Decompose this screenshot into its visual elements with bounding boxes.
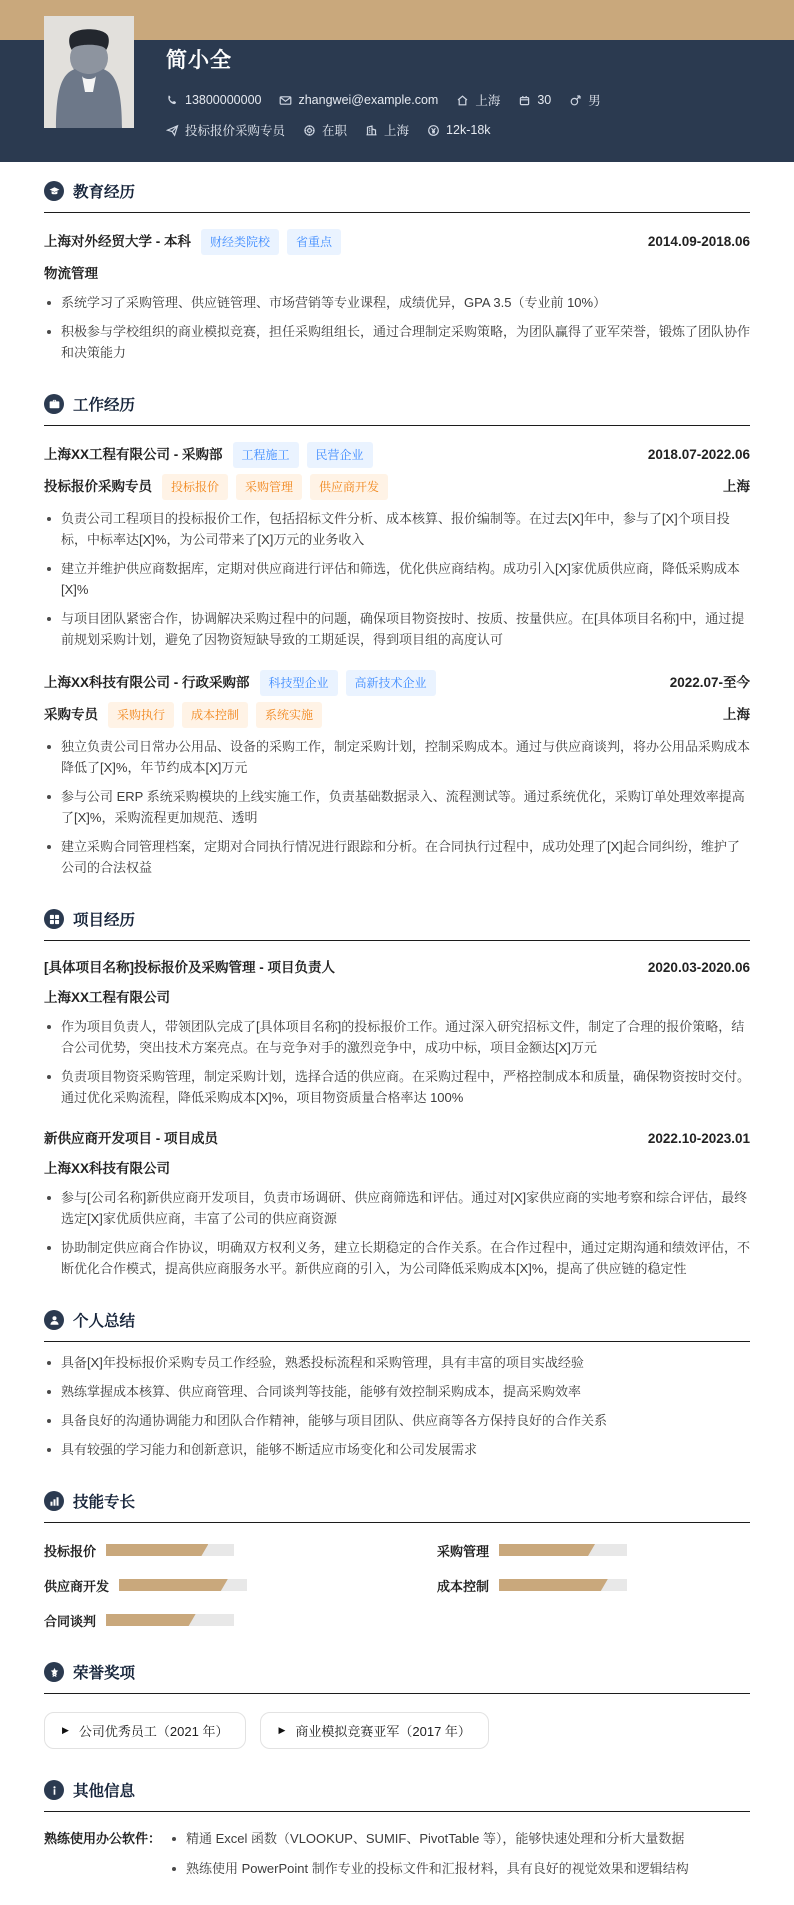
role-name: 投标报价采购专员 — [44, 476, 152, 498]
medal-icon — [44, 1662, 64, 1682]
skill-item: 合同谈判 — [44, 1609, 357, 1631]
skill-bar — [119, 1579, 247, 1591]
salary-icon — [427, 124, 440, 137]
section-projects: 项目经历 [具体项目名称]投标报价及采购管理 - 项目负责人 2020.03-2… — [44, 908, 750, 1279]
company-name: 上海XX科技有限公司 - 行政采购部 — [44, 672, 250, 694]
bullet-item: 系统学习了采购管理、供应链管理、市场营销等专业课程，成绩优异，GPA 3.5（专… — [44, 292, 750, 313]
other-section-head: 其他信息 — [44, 1779, 750, 1812]
other-info-row: 熟练使用办公软件： 精通 Excel 函数（VLOOKUP、SUMIF、Pivo… — [44, 1828, 750, 1879]
play-triangle-icon: ▶ — [62, 1726, 69, 1735]
summary-section-head: 个人总结 — [44, 1309, 750, 1342]
education-entry: 上海对外经贸大学 - 本科 财经类院校 省重点 2014.09-2018.06 … — [44, 229, 750, 363]
section-honors: 荣誉奖项 ▶ 公司优秀员工（2021 年） ▶ 商业模拟竞赛亚军（2017 年） — [44, 1661, 750, 1749]
section-title: 荣誉奖项 — [73, 1661, 135, 1683]
role-tag: 系统实施 — [256, 702, 322, 728]
bullet-item: 精通 Excel 函数（VLOOKUP、SUMIF、PivotTable 等），… — [169, 1828, 750, 1849]
education-entry-row: 上海对外经贸大学 - 本科 财经类院校 省重点 2014.09-2018.06 — [44, 229, 750, 255]
contact-salary-value: 12k-18k — [446, 123, 490, 137]
skill-item: 成本控制 — [437, 1574, 750, 1596]
role-row: 投标报价采购专员 投标报价 采购管理 供应商开发 上海 — [44, 474, 750, 500]
avatar — [44, 16, 134, 128]
skill-fill — [119, 1579, 228, 1591]
skill-label: 成本控制 — [437, 1576, 489, 1595]
info-icon — [44, 1780, 64, 1800]
education-bullets: 系统学习了采购管理、供应链管理、市场营销等专业课程，成绩优异，GPA 3.5（专… — [44, 292, 750, 363]
section-title: 个人总结 — [73, 1309, 135, 1331]
play-triangle-icon: ▶ — [278, 1726, 285, 1735]
contact-row-1: 13800000000 zhangwei@example.com 上海 30 男 — [166, 91, 764, 109]
project-date: 2022.10-2023.01 — [648, 1128, 750, 1150]
home-icon — [456, 94, 469, 107]
work-location: 上海 — [723, 704, 750, 726]
gender-icon — [569, 94, 582, 107]
bullet-item: 独立负责公司日常办公用品、设备的采购工作，制定采购计划，控制采购成本。通过与供应… — [44, 736, 750, 778]
other-bullets: 精通 Excel 函数（VLOOKUP、SUMIF、PivotTable 等），… — [169, 1828, 750, 1879]
contact-status-value: 在职 — [322, 121, 347, 139]
section-title: 教育经历 — [73, 180, 135, 202]
section-education: 教育经历 上海对外经贸大学 - 本科 财经类院校 省重点 2014.09-201… — [44, 180, 750, 363]
summary-bullets: 具备[X]年投标报价采购专员工作经验，熟悉投标流程和采购管理，具有丰富的项目实战… — [44, 1352, 750, 1460]
bullet-item: 作为项目负责人，带领团队完成了[具体项目名称]的投标报价工作。通过深入研究招标文… — [44, 1016, 750, 1058]
skill-fill — [499, 1544, 595, 1556]
bullet-item: 参与公司 ERP 系统采购模块的上线实施工作，负责基础数据录入、流程测试等。通过… — [44, 786, 750, 828]
company-tag: 高新技术企业 — [346, 670, 436, 696]
project-row: 新供应商开发项目 - 项目成员 2022.10-2023.01 — [44, 1128, 750, 1150]
bullet-item: 具备良好的沟通协调能力和团队合作精神，能够与项目团队、供应商等各方保持良好的合作… — [44, 1410, 750, 1431]
skill-item: 供应商开发 — [44, 1574, 357, 1596]
skill-bar — [106, 1544, 234, 1556]
bullet-item: 负责项目物资采购管理，制定采购计划，选择合适的供应商。在采购过程中，严格控制成本… — [44, 1066, 750, 1108]
bar-chart-icon — [44, 1491, 64, 1511]
section-other: 其他信息 熟练使用办公软件： 精通 Excel 函数（VLOOKUP、SUMIF… — [44, 1779, 750, 1879]
honor-chips: ▶ 公司优秀员工（2021 年） ▶ 商业模拟竞赛亚军（2017 年） — [44, 1712, 750, 1749]
contact-phone-value: 13800000000 — [185, 93, 261, 107]
contact-gender: 男 — [569, 91, 601, 109]
mail-icon — [279, 94, 292, 107]
education-icon — [44, 181, 64, 201]
skill-item: 投标报价 — [44, 1539, 357, 1561]
contact-status: 在职 — [303, 121, 347, 139]
education-date: 2014.09-2018.06 — [648, 231, 750, 253]
bullet-item: 积极参与学校组织的商业模拟竞赛，担任采购组组长，通过合理制定采购策略，为团队赢得… — [44, 321, 750, 363]
skill-label: 合同谈判 — [44, 1611, 96, 1630]
section-title: 工作经历 — [73, 393, 135, 415]
skill-bar — [499, 1579, 627, 1591]
project-bullets: 参与[公司名称]新供应商开发项目，负责市场调研、供应商筛选和评估。通过对[X]家… — [44, 1187, 750, 1279]
skill-fill — [106, 1614, 196, 1626]
work-section-head: 工作经历 — [44, 393, 750, 426]
role-tag: 采购管理 — [236, 474, 302, 500]
status-icon — [303, 124, 316, 137]
role-name: 采购专员 — [44, 704, 98, 726]
age-icon — [518, 94, 531, 107]
target-job-icon — [166, 124, 179, 137]
projects-grid-icon — [44, 909, 64, 929]
project-company: 上海XX科技有限公司 — [44, 1159, 750, 1179]
candidate-name: 简小全 — [166, 46, 764, 76]
company-tag: 科技型企业 — [260, 670, 338, 696]
contact-target-job-value: 投标报价采购专员 — [185, 121, 285, 139]
contact-email: zhangwei@example.com — [279, 93, 438, 107]
contact-age-value: 30 — [537, 93, 551, 107]
role-tag: 供应商开发 — [310, 474, 388, 500]
contact-age: 30 — [518, 93, 551, 107]
project-name: [具体项目名称]投标报价及采购管理 - 项目负责人 — [44, 957, 335, 979]
major-name: 物流管理 — [44, 264, 750, 284]
section-title: 其他信息 — [73, 1779, 135, 1801]
briefcase-icon — [44, 394, 64, 414]
resume-body: 教育经历 上海对外经贸大学 - 本科 财经类院校 省重点 2014.09-201… — [0, 180, 794, 1905]
bullet-item: 建立采购合同管理档案，定期对合同执行情况进行跟踪和分析。在合同执行过程中，成功处… — [44, 836, 750, 878]
skill-label: 采购管理 — [437, 1541, 489, 1560]
project-entry: [具体项目名称]投标报价及采购管理 - 项目负责人 2020.03-2020.0… — [44, 957, 750, 1108]
section-summary: 个人总结 具备[X]年投标报价采购专员工作经验，熟悉投标流程和采购管理，具有丰富… — [44, 1309, 750, 1460]
contact-city: 上海 — [365, 121, 409, 139]
contact-email-value: zhangwei@example.com — [298, 93, 438, 107]
other-label: 熟练使用办公软件： — [44, 1828, 161, 1849]
skills-section-head: 技能专长 — [44, 1490, 750, 1523]
phone-icon — [166, 94, 179, 107]
role-tag: 成本控制 — [182, 702, 248, 728]
honor-chip: ▶ 商业模拟竞赛亚军（2017 年） — [260, 1712, 488, 1749]
bullet-item: 协助制定供应商合作协议，明确双方权利义务，建立长期稳定的合作关系。在合作过程中，… — [44, 1237, 750, 1279]
honor-chip: ▶ 公司优秀员工（2021 年） — [44, 1712, 246, 1749]
company-name: 上海XX工程有限公司 - 采购部 — [44, 444, 223, 466]
skill-fill — [106, 1544, 208, 1556]
bullet-item: 具备[X]年投标报价采购专员工作经验，熟悉投标流程和采购管理，具有丰富的项目实战… — [44, 1352, 750, 1373]
work-entry: 上海XX工程有限公司 - 采购部 工程施工 民营企业 2018.07-2022.… — [44, 442, 750, 650]
projects-section-head: 项目经历 — [44, 908, 750, 941]
project-row: [具体项目名称]投标报价及采购管理 - 项目负责人 2020.03-2020.0… — [44, 957, 750, 979]
contact-city-value: 上海 — [384, 121, 409, 139]
profile-photo — [44, 16, 134, 128]
work-date: 2022.07-至今 — [670, 672, 750, 694]
project-entry: 新供应商开发项目 - 项目成员 2022.10-2023.01 上海XX科技有限… — [44, 1128, 750, 1279]
bullet-item: 参与[公司名称]新供应商开发项目，负责市场调研、供应商筛选和评估。通过对[X]家… — [44, 1187, 750, 1229]
section-title: 技能专长 — [73, 1490, 135, 1512]
bullet-item: 建立并维护供应商数据库，定期对供应商进行评估和筛选，优化供应商结构。成功引入[X… — [44, 558, 750, 600]
bullet-item: 负责公司工程项目的投标报价工作，包括招标文件分析、成本核算、报价编制等。在过去[… — [44, 508, 750, 550]
honors-section-head: 荣誉奖项 — [44, 1661, 750, 1694]
project-date: 2020.03-2020.06 — [648, 957, 750, 979]
school-tag: 财经类院校 — [201, 229, 279, 255]
resume-header: 简小全 13800000000 zhangwei@example.com 上海 … — [0, 0, 794, 162]
education-section-head: 教育经历 — [44, 180, 750, 213]
bullet-item: 熟练掌握成本核算、供应商管理、合同谈判等技能，能够有效控制采购成本，提高采购效率 — [44, 1381, 750, 1402]
project-name: 新供应商开发项目 - 项目成员 — [44, 1128, 218, 1150]
city-icon — [365, 124, 378, 137]
company-row: 上海XX科技有限公司 - 行政采购部 科技型企业 高新技术企业 2022.07-… — [44, 670, 750, 696]
school-name: 上海对外经贸大学 - 本科 — [44, 231, 191, 253]
contact-home-value: 上海 — [475, 91, 500, 109]
project-bullets: 作为项目负责人，带领团队完成了[具体项目名称]的投标报价工作。通过深入研究招标文… — [44, 1016, 750, 1108]
honor-label: 公司优秀员工（2021 年） — [79, 1721, 229, 1740]
section-work: 工作经历 上海XX工程有限公司 - 采购部 工程施工 民营企业 2018.07-… — [44, 393, 750, 878]
role-row: 采购专员 采购执行 成本控制 系统实施 上海 — [44, 702, 750, 728]
school-tag: 省重点 — [287, 229, 341, 255]
work-date: 2018.07-2022.06 — [648, 444, 750, 466]
section-title: 项目经历 — [73, 908, 135, 930]
work-location: 上海 — [723, 476, 750, 498]
section-skills: 技能专长 投标报价 采购管理 供应商开发 成本控制 合同谈判 — [44, 1490, 750, 1631]
contact-gender-value: 男 — [588, 91, 601, 109]
project-company: 上海XX工程有限公司 — [44, 988, 750, 1008]
company-row: 上海XX工程有限公司 - 采购部 工程施工 民营企业 2018.07-2022.… — [44, 442, 750, 468]
skill-label: 供应商开发 — [44, 1576, 109, 1595]
contact-target-job: 投标报价采购专员 — [166, 121, 285, 139]
company-tag: 工程施工 — [233, 442, 299, 468]
work-bullets: 独立负责公司日常办公用品、设备的采购工作，制定采购计划，控制采购成本。通过与供应… — [44, 736, 750, 878]
contact-row-2: 投标报价采购专员 在职 上海 12k-18k — [166, 121, 764, 139]
role-tag: 采购执行 — [108, 702, 174, 728]
skills-grid: 投标报价 采购管理 供应商开发 成本控制 合同谈判 — [44, 1539, 750, 1631]
bullet-item: 熟练使用 PowerPoint 制作专业的投标文件和汇报材料，具有良好的视觉效果… — [169, 1858, 750, 1879]
work-bullets: 负责公司工程项目的投标报价工作，包括招标文件分析、成本核算、报价编制等。在过去[… — [44, 508, 750, 650]
bullet-item: 具有较强的学习能力和创新意识，能够不断适应市场变化和公司发展需求 — [44, 1439, 750, 1460]
company-tag: 民营企业 — [307, 442, 373, 468]
honor-label: 商业模拟竞赛亚军（2017 年） — [295, 1721, 471, 1740]
contact-salary: 12k-18k — [427, 123, 490, 137]
contact-home: 上海 — [456, 91, 500, 109]
work-entry: 上海XX科技有限公司 - 行政采购部 科技型企业 高新技术企业 2022.07-… — [44, 670, 750, 878]
contact-phone: 13800000000 — [166, 93, 261, 107]
skill-bar — [499, 1544, 627, 1556]
skill-bar — [106, 1614, 234, 1626]
skill-fill — [499, 1579, 608, 1591]
role-tag: 投标报价 — [162, 474, 228, 500]
bullet-item: 与项目团队紧密合作，协调解决采购过程中的问题，确保项目物资按时、按质、按量供应。… — [44, 608, 750, 650]
skill-item: 采购管理 — [437, 1539, 750, 1561]
skill-label: 投标报价 — [44, 1541, 96, 1560]
person-icon — [44, 1310, 64, 1330]
